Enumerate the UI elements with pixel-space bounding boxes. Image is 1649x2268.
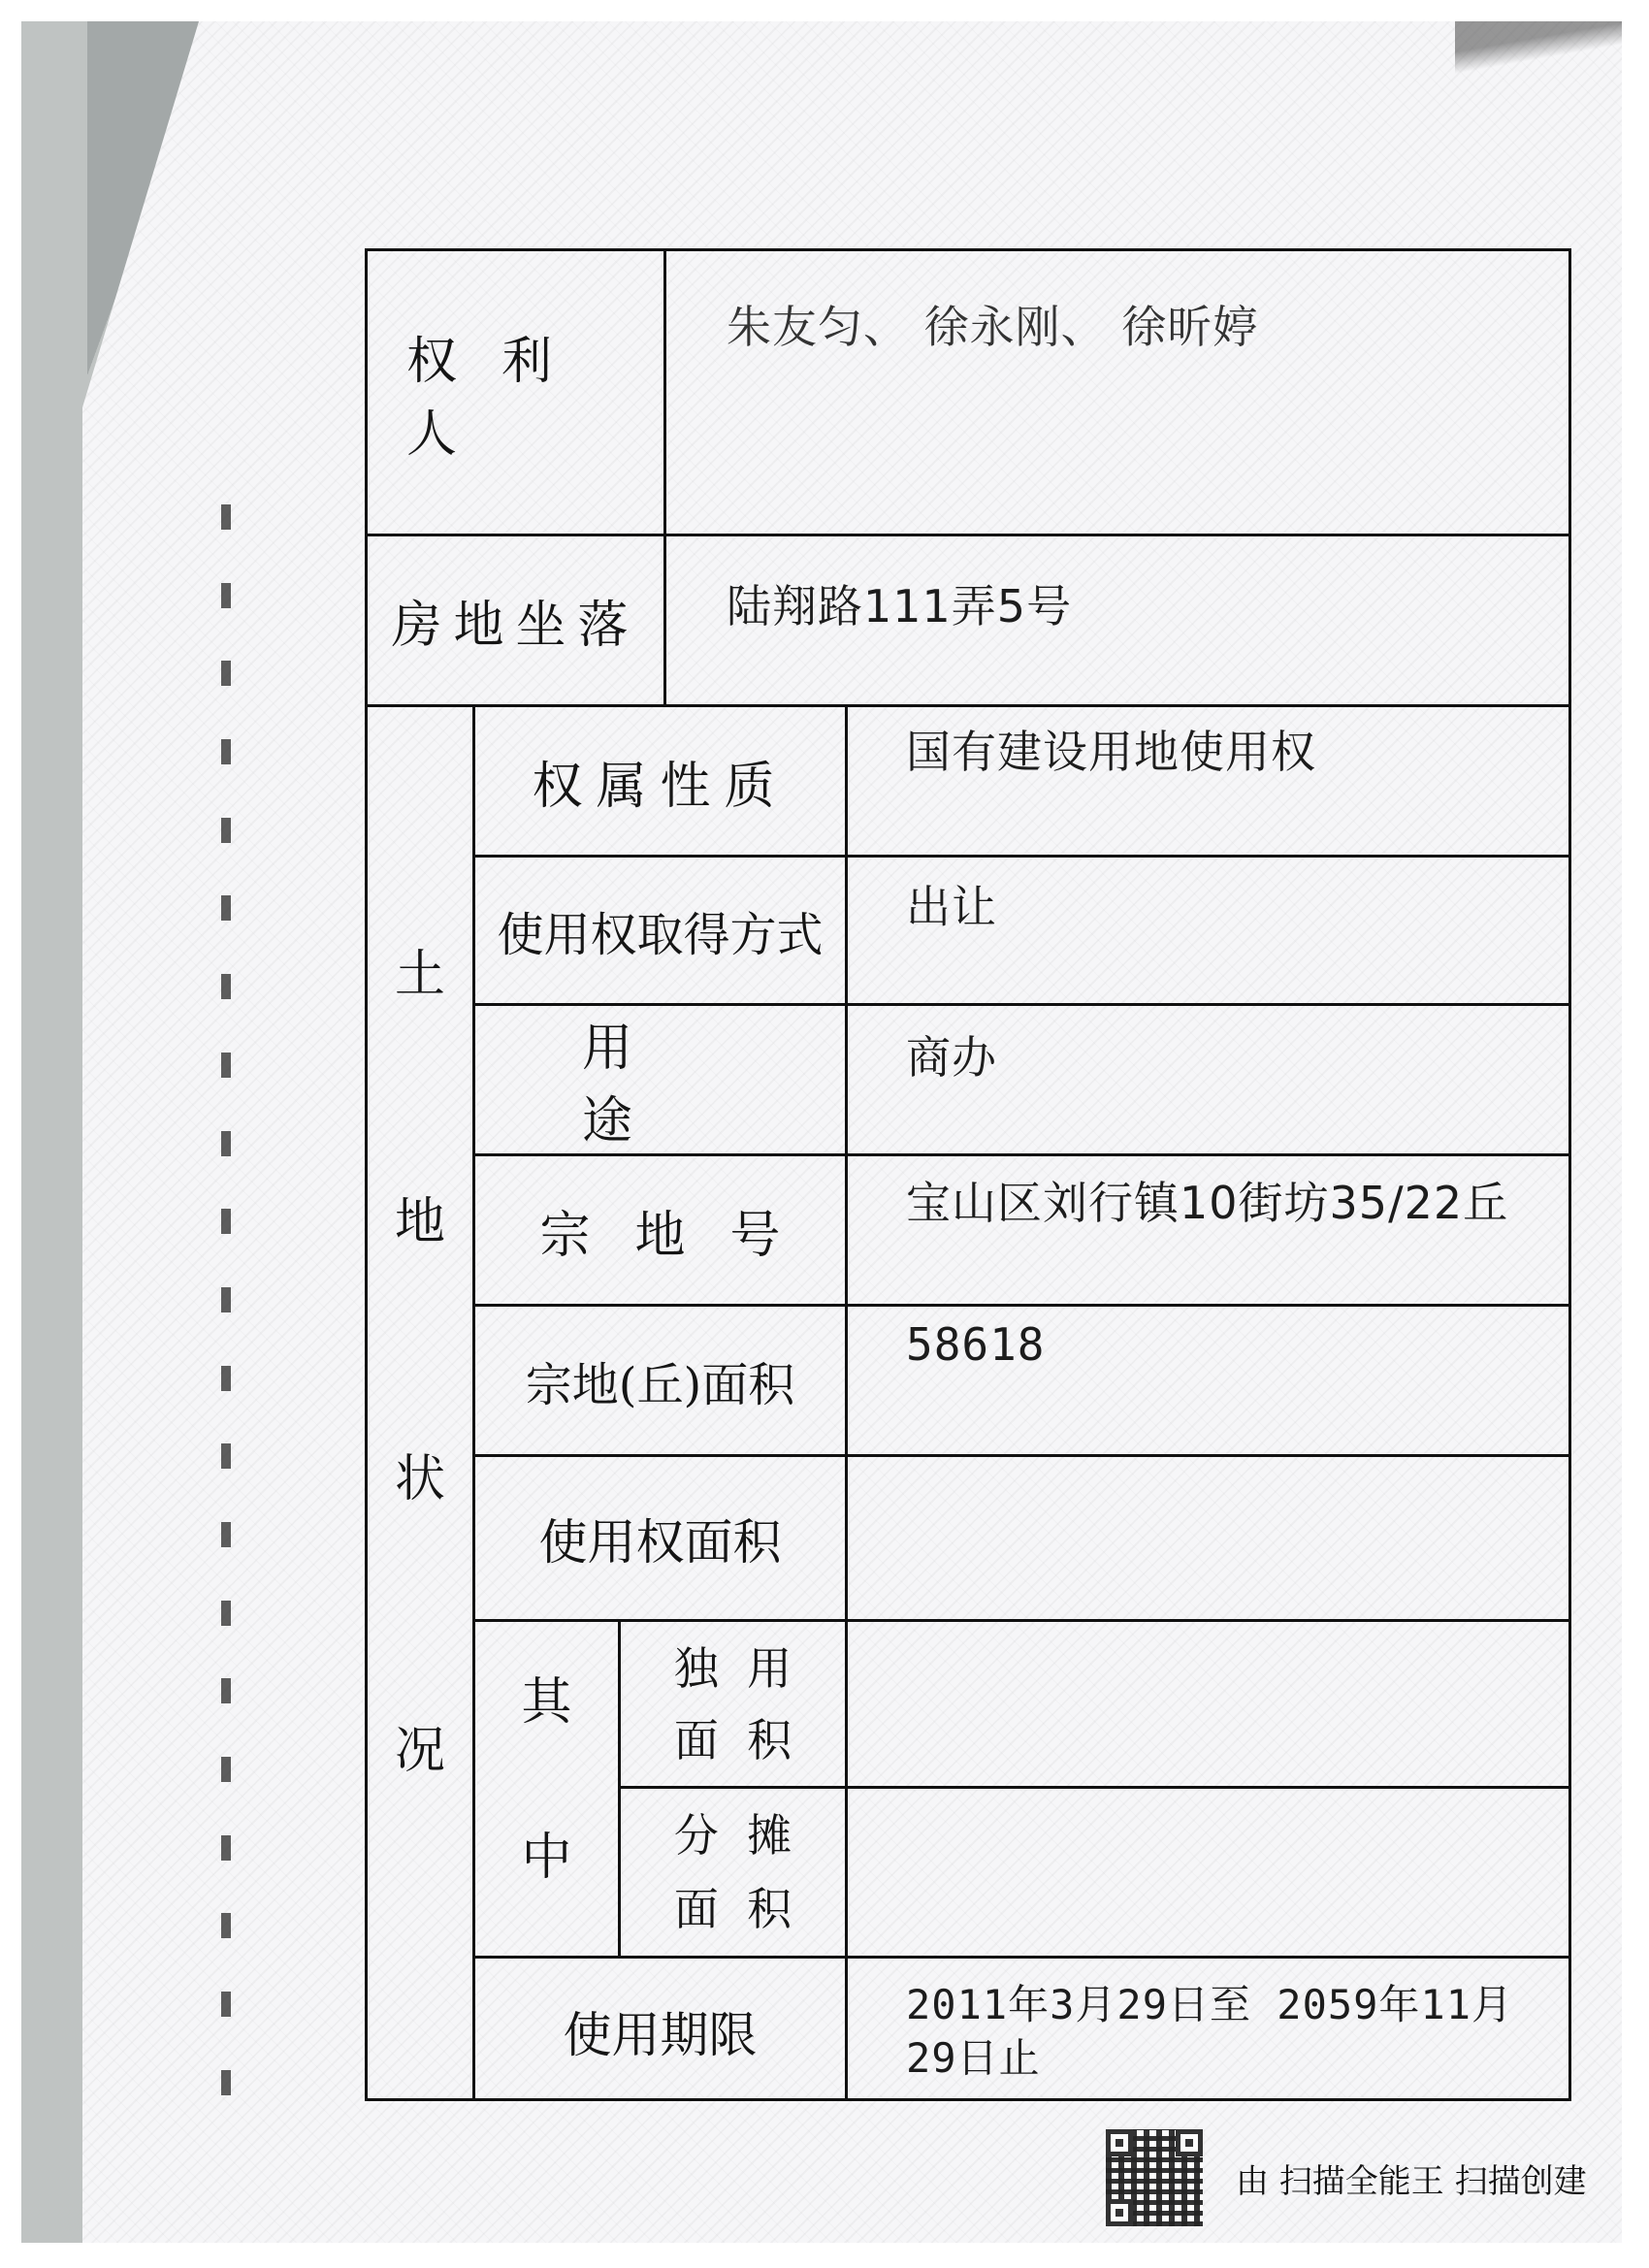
of-which-char-1: 其 bbox=[475, 1658, 618, 1735]
divider bbox=[618, 1786, 1568, 1789]
location-value: 陆翔路111弄5号 bbox=[727, 571, 1072, 635]
use-right-area-label: 使用权面积 bbox=[475, 1457, 845, 1619]
parcel-area-value: 58618 bbox=[906, 1318, 1045, 1371]
parcel-number-value: 宝山区刘行镇10街坊35/22丘 bbox=[906, 1168, 1508, 1232]
right-holder-value: 朱友匀、 徐永刚、 徐昕婷 bbox=[727, 292, 1258, 356]
of-which-char-2: 中 bbox=[475, 1813, 618, 1891]
qr-code-icon bbox=[1106, 2129, 1203, 2226]
scan-smudge bbox=[1455, 21, 1622, 80]
exclusive-area-label-line2: 面 积 bbox=[621, 1701, 845, 1774]
land-status-char-1: 土 bbox=[368, 930, 472, 1008]
watermark-text: 由 扫描全能王 扫描创建 bbox=[1236, 2155, 1587, 2202]
exclusive-area-label-line1: 独 用 bbox=[621, 1629, 845, 1702]
binding-margin-marks bbox=[221, 504, 235, 2095]
usage-value: 商办 bbox=[906, 1022, 997, 1086]
term-value-line2: 29日止 bbox=[906, 2026, 1041, 2085]
land-status-char-2: 地 bbox=[368, 1178, 472, 1255]
usage-label: 用途 bbox=[475, 1006, 845, 1153]
shared-area-label-line2: 面 积 bbox=[621, 1869, 845, 1943]
scanner-watermark: 由 扫描全能王 扫描创建 bbox=[1106, 2124, 1587, 2231]
land-status-char-4: 况 bbox=[368, 1706, 472, 1784]
parcel-number-label: 宗地号 bbox=[475, 1156, 845, 1304]
acquisition-method-label: 使用权取得方式 bbox=[475, 858, 845, 1003]
location-label: 房地坐落 bbox=[368, 536, 663, 704]
acquisition-method-value: 出让 bbox=[906, 872, 997, 936]
certificate-form-table: 权利人 朱友匀、 徐永刚、 徐昕婷 房地坐落 陆翔路111弄5号 土 地 状 况… bbox=[365, 248, 1571, 2101]
ownership-nature-value: 国有建设用地使用权 bbox=[906, 717, 1316, 781]
right-holder-label: 权利人 bbox=[368, 251, 663, 534]
divider bbox=[845, 704, 848, 2101]
term-value-line1: 2011年3月29日至 2059年11月 bbox=[906, 1973, 1513, 2031]
divider bbox=[472, 1619, 1568, 1622]
term-label: 使用期限 bbox=[475, 1959, 845, 2104]
shared-area-label-line1: 分 摊 bbox=[621, 1796, 845, 1869]
divider bbox=[663, 251, 666, 707]
parcel-area-label: 宗地(丘)面积 bbox=[475, 1307, 845, 1454]
ownership-nature-label: 权属性质 bbox=[475, 707, 845, 855]
land-status-char-3: 状 bbox=[368, 1435, 472, 1512]
